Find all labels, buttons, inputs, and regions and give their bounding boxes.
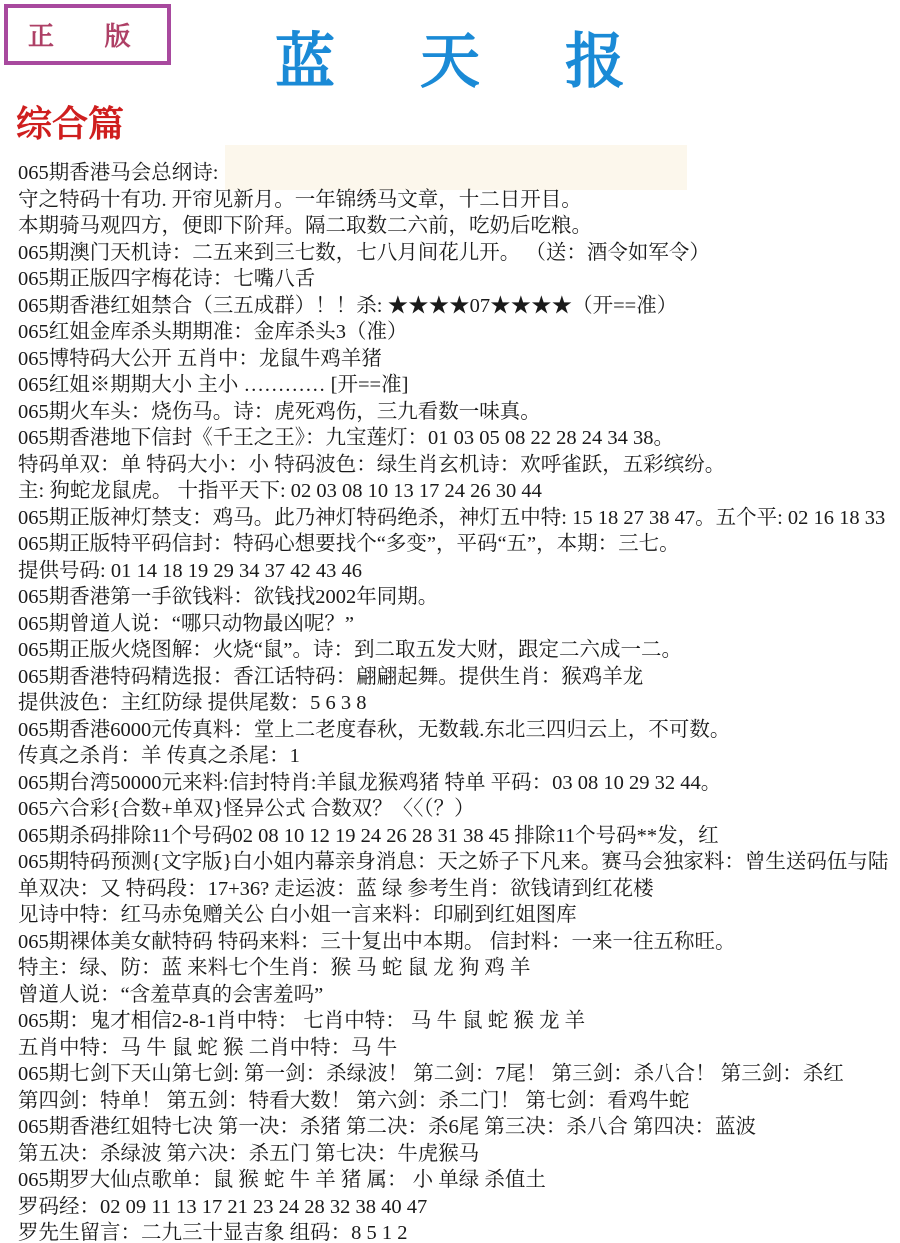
text-line: 065期火车头：烧伤马。诗：虎死鸡伤，三九看数一味真。 [18,399,896,426]
text-line: 第四剑：特单！ 第五剑：特看大数！ 第六剑：杀二门！ 第七剑：看鸡牛蛇 [18,1088,896,1115]
text-line: 065期香港红姐特七决 第一决：杀猪 第二决：杀6尾 第三决：杀八合 第四决：蓝… [18,1114,896,1141]
text-line: 065期正版特平码信封：特码心想要找个“多变”，平码“五”，本期：三七。 [18,531,896,558]
text-line: 曾道人说：“含羞草真的会害羞吗” [18,982,896,1009]
text-line: 065期正版火烧图解：火烧“鼠”。诗：到二取五发大财，跟定二六成一二。 [18,637,896,664]
text-line: 特码单双：单 特码大小：小 特码波色：绿生肖玄机诗：欢呼雀跃，五彩缤纷。 [18,452,896,479]
text-line: 守之特码十有功. 开帘见新月。一年锦绣马文章，十二日开目。 [18,187,896,214]
text-line: 065期裸体美女献特码 特码来料：三十复出中本期。 信封料：一来一往五称旺。 [18,929,896,956]
text-line: 065期香港地下信封《千王之王》：九宝莲灯：01 03 05 08 22 28 … [18,425,896,452]
text-line: 罗先生留言：二九三十显吉象 组码：8 5 1 2 [18,1220,896,1243]
text-line: 065博特码大公开 五肖中：龙鼠牛鸡羊猪 [18,346,896,373]
text-line: 065红姐金库杀头期期准：金库杀头3（准） [18,319,896,346]
text-line: 065期正版四字梅花诗：七嘴八舌 [18,266,896,293]
text-line: 065期罗大仙点歌单：鼠 猴 蛇 牛 羊 猪 属： 小 单绿 杀值土 [18,1167,896,1194]
lottery-tip-sheet: 正 版 蓝 天 报 综合篇 065期香港马会总纲诗: 守之特码十有功. 开帘见新… [0,0,900,1243]
text-line: 第五决：杀绿波 第六决：杀五门 第七决：牛虎猴马 [18,1141,896,1168]
text-line: 065期正版神灯禁支：鸡马。此乃神灯特码绝杀，神灯五中特: 15 18 27 3… [18,505,896,532]
text-line: 065红姐※期期大小 主小 ………… [开==准] [18,372,896,399]
text-line: 本期骑马观四方，便即下阶拜。隔二取数二六前，吃奶后吃粮。 [18,213,896,240]
text-line: 提供波色：主红防绿 提供尾数：5 6 3 8 [18,690,896,717]
text-line: 065期曾道人说：“哪只动物最凶呢？” [18,611,896,638]
text-line: 特主：绿、防：蓝 来料七个生肖：猴 马 蛇 鼠 龙 狗 鸡 羊 [18,955,896,982]
tips-text-block: 065期香港马会总纲诗: 守之特码十有功. 开帘见新月。一年锦绣马文章，十二日开… [18,160,896,1243]
text-line: 065期香港马会总纲诗: [18,160,896,187]
text-line: 065期台湾50000元来料:信封特肖:羊鼠龙猴鸡猪 特单 平码：03 08 1… [18,770,896,797]
text-line: 065期香港第一手欲钱料：欲钱找2002年同期。 [18,584,896,611]
text-line: 065期澳门天机诗：二五来到三七数，七八月间花儿开。 （送：酒令如军令） [18,240,896,267]
text-line: 065期七剑下天山第七剑: 第一剑：杀绿波！ 第二剑：7尾！ 第三剑：杀八合！ … [18,1061,896,1088]
text-line: 提供号码: 01 14 18 19 29 34 37 42 43 46 [18,558,896,585]
text-line: 主: 狗蛇龙鼠虎。 十指平天下: 02 03 08 10 13 17 24 26… [18,478,896,505]
text-line: 传真之杀肖：羊 传真之杀尾：1 [18,743,896,770]
text-line: 五肖中特：马 牛 鼠 蛇 猴 二肖中特：马 牛 [18,1035,896,1062]
text-line: 065六合彩{合数+单双}怪异公式 合数双？〈〈（？） [18,796,896,823]
section-heading: 综合篇 [16,96,124,147]
text-line: 罗码经：02 09 11 13 17 21 23 24 28 32 38 40 … [18,1194,896,1221]
text-line: 见诗中特：红马赤兔赠关公 白小姐一言来料：印刷到红姐图库 [18,902,896,929]
text-line: 065期香港红姐禁合（三五成群）！！杀: ★★★★07★★★★（开==准） [18,293,896,320]
text-line: 065期：鬼才相信2-8-1肖中特： 七肖中特： 马 牛 鼠 蛇 猴 龙 羊 [18,1008,896,1035]
text-line: 065期香港6000元传真料：堂上二老度春秋，无数载.东北三四归云上，不可数。 [18,717,896,744]
text-line: 单双决：又 特码段：17+36? 走运波：蓝 绿 参考生肖：欲钱请到红花楼 [18,876,896,903]
text-line: 065期杀码排除11个号码02 08 10 12 19 24 26 28 31 … [18,823,896,850]
text-line: 065期特码预测{文字版}白小姐内幕亲身消息：天之娇子下凡来。赛马会独家料：曾生… [18,849,896,876]
text-line: 065期香港特码精选报：香江话特码：翩翩起舞。提供生肖：猴鸡羊龙 [18,664,896,691]
page-title: 蓝 天 报 [0,14,900,100]
